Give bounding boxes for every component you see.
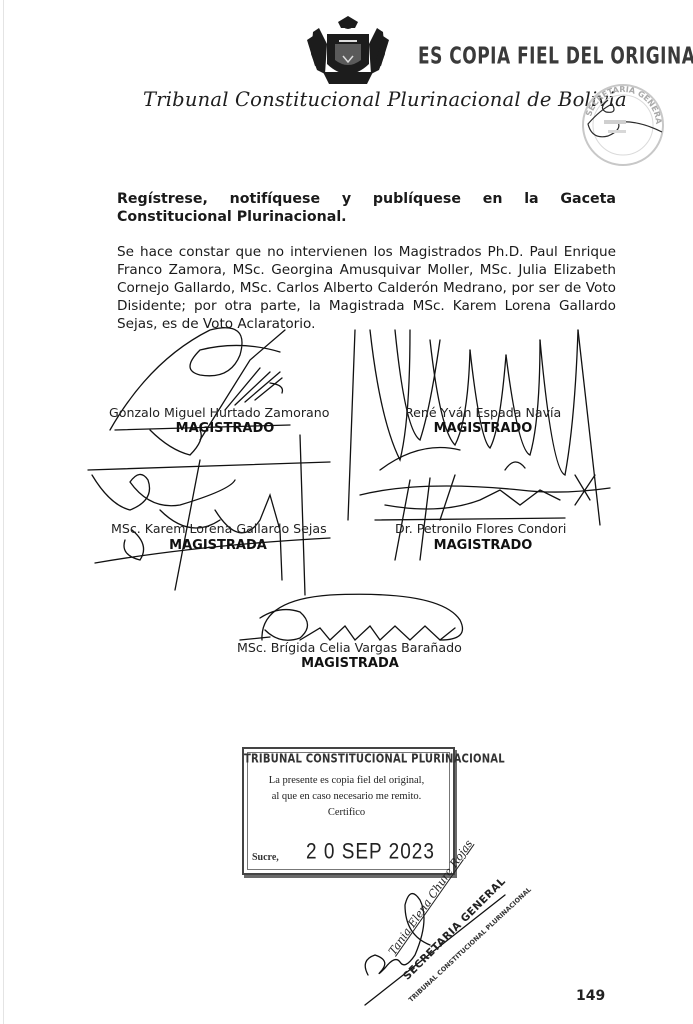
stamp-date: 2 0 SEP 2023 bbox=[306, 840, 435, 865]
voting-note: Se hace constar que no intervienen los M… bbox=[117, 243, 616, 333]
signatory-role: MAGISTRADA bbox=[295, 656, 405, 671]
page-edge bbox=[3, 0, 4, 1024]
stamp-line-3: Certifico bbox=[244, 807, 449, 818]
stamp-city: Sucre, bbox=[252, 852, 279, 863]
signatory-role: MAGISTRADO bbox=[428, 538, 538, 553]
signatory-name: MSc. Karem Lorena Gallardo Sejas bbox=[111, 521, 327, 536]
stamp-line-2: al que en caso necesario me remito. bbox=[244, 791, 449, 802]
institution-title: Tribunal Constitucional Plurinacional de… bbox=[143, 88, 627, 111]
stamp-header: TRIBUNAL CONSTITUCIONAL PLURINACIONAL bbox=[244, 753, 449, 766]
secretaria-general-seal-icon: SECRETARIA GENERAL bbox=[578, 80, 668, 170]
copy-stamp-text: ES COPIA FIEL DEL ORIGINAL bbox=[418, 43, 693, 70]
certification-stamp: TRIBUNAL CONSTITUCIONAL PLURINACIONAL La… bbox=[242, 747, 455, 875]
signatory-role: MAGISTRADO bbox=[428, 421, 538, 436]
signatory-name: MSc. Brígida Celia Vargas Barañado bbox=[237, 640, 462, 655]
signatory-name: Dr. Petronilo Flores Condori bbox=[395, 521, 566, 536]
publication-directive: Regístrese, notifíquese y publíquese en … bbox=[117, 190, 616, 226]
signatory-name: Gonzalo Miguel Hurtado Zamorano bbox=[109, 405, 329, 420]
signatory-role: MAGISTRADA bbox=[158, 538, 278, 553]
page-number: 149 bbox=[576, 988, 605, 1004]
signatory-name: René Yván Espada Navía bbox=[405, 405, 561, 420]
stamp-line-1: La presente es copia fiel del original, bbox=[244, 775, 449, 786]
signatory-role: MAGISTRADO bbox=[170, 421, 280, 436]
bolivia-coat-of-arms-icon bbox=[305, 14, 391, 86]
